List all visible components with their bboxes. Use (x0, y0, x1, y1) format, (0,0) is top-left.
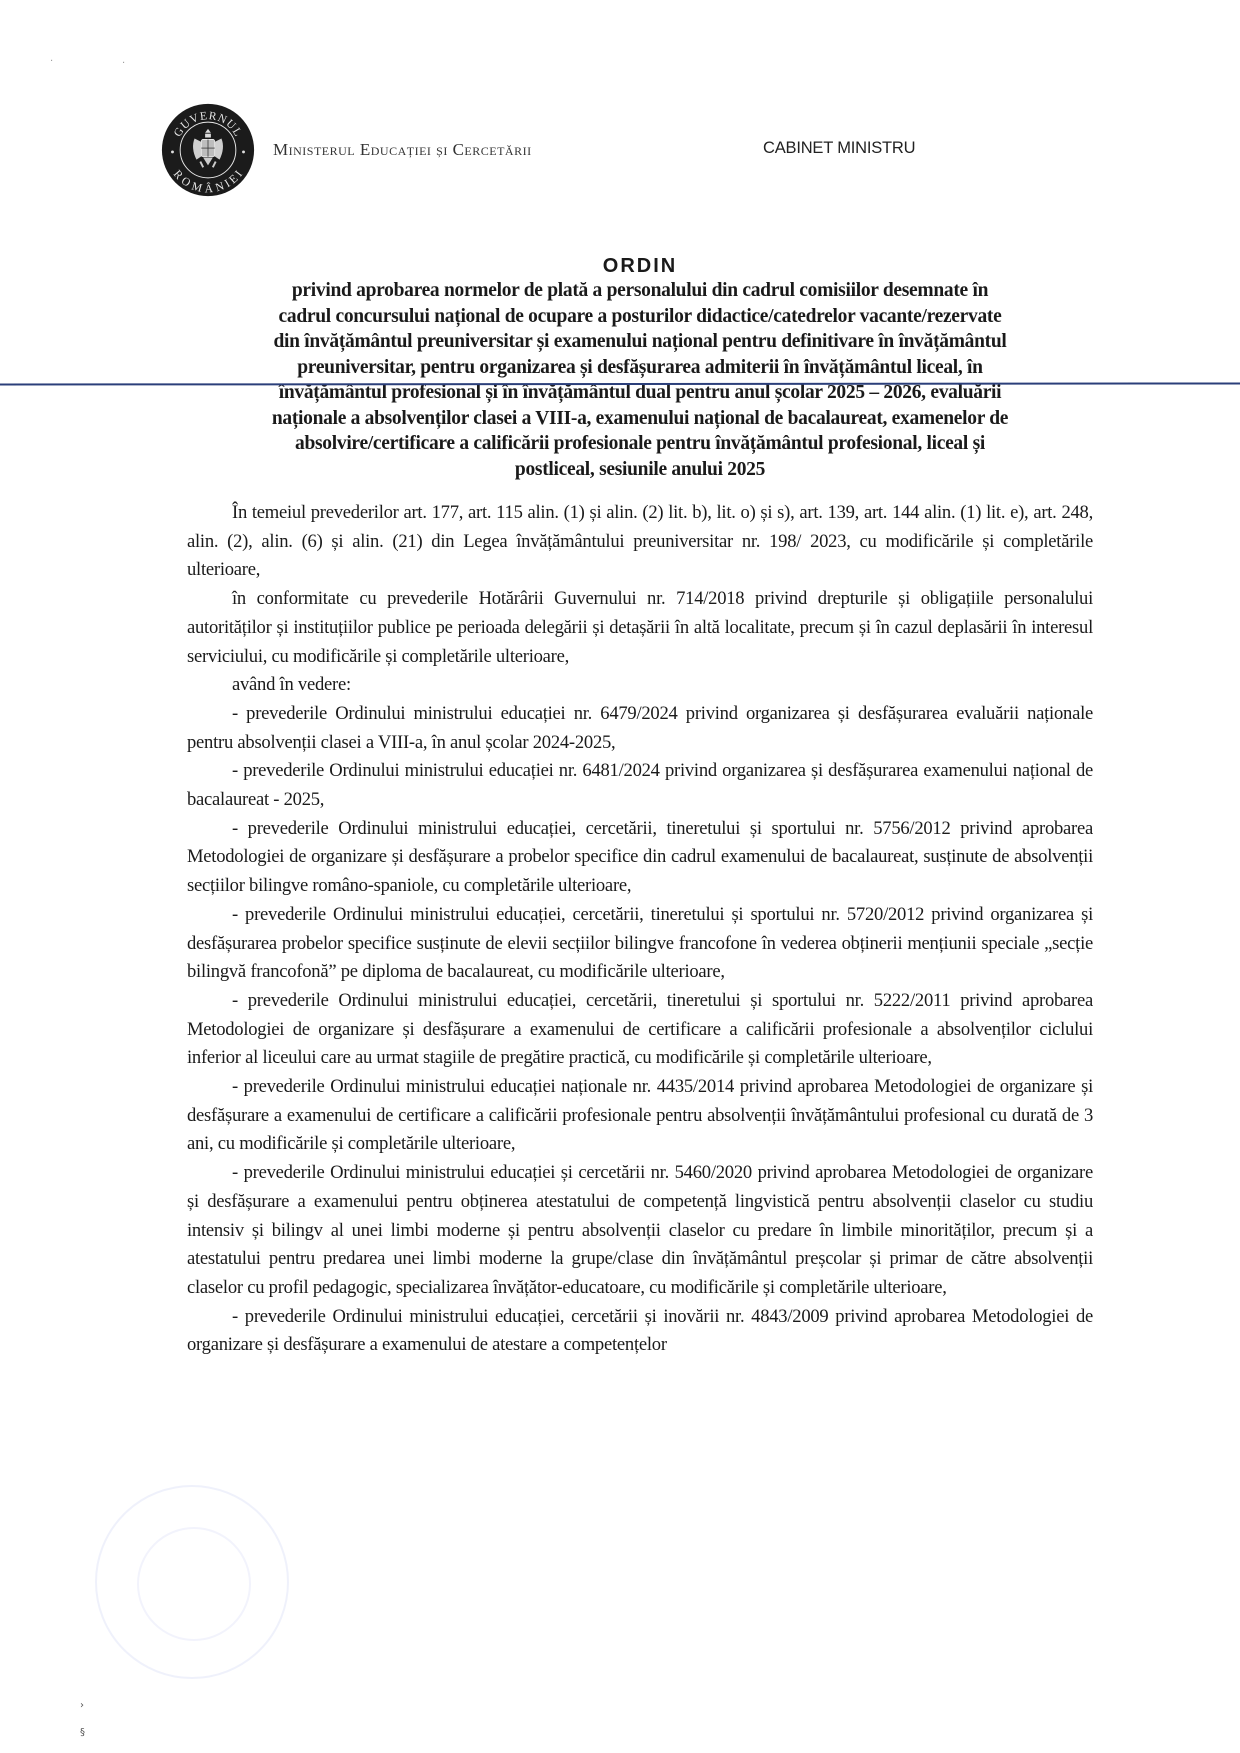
subtitle-line: din învățământul preuniversitar și exame… (180, 329, 1100, 355)
document-subtitle: privind aprobarea normelor de plată a pe… (180, 278, 1100, 482)
conformity-paragraph: în conformitate cu prevederile Hotărârii… (187, 585, 1093, 671)
government-seal-icon: GUVERNUL ROMÂNIEI (160, 102, 256, 198)
scan-speck: · (50, 56, 53, 67)
considering-heading: având în vedere: (187, 671, 1093, 700)
provision-item: - prevederile Ordinului ministrului educ… (187, 987, 1093, 1073)
provision-item: - prevederile Ordinului ministrului educ… (187, 1303, 1093, 1360)
provision-item: - prevederile Ordinului ministrului educ… (187, 815, 1093, 901)
document-body: În temeiul prevederilor art. 177, art. 1… (187, 499, 1093, 1360)
provision-item: - prevederile Ordinului ministrului educ… (187, 901, 1093, 987)
subtitle-line: absolvire/certificare a calificării prof… (180, 431, 1100, 457)
letterhead: GUVERNUL ROMÂNIEI Ministerul Educației ș… (160, 102, 1160, 202)
subtitle-line: preuniversitar, pentru organizarea și de… (180, 355, 1100, 381)
subtitle-line: postliceal, sesiunile anului 2025 (180, 457, 1100, 483)
subtitle-line: cadrul concursului național de ocupare a… (180, 304, 1100, 330)
scan-speck: · (122, 58, 125, 69)
subtitle-line: naționale a absolvenților clasei a VIII-… (180, 406, 1100, 432)
document-type: ORDIN (180, 254, 1100, 278)
provision-item: - prevederile Ordinului ministrului educ… (187, 1159, 1093, 1303)
provision-item: - prevederile Ordinului ministrului educ… (187, 1073, 1093, 1159)
scan-speck: › (80, 1700, 84, 1711)
ministry-name: Ministerul Educației și Cercetării (273, 140, 532, 160)
cabinet-label: CABINET MINISTRU (763, 139, 915, 158)
document-title-block: ORDIN privind aprobarea normelor de plat… (180, 254, 1100, 482)
faded-stamp-watermark (95, 1485, 289, 1679)
scan-speck: § (80, 1727, 85, 1738)
provision-item: - prevederile Ordinului ministrului educ… (187, 757, 1093, 814)
legal-basis-paragraph: În temeiul prevederilor art. 177, art. 1… (187, 499, 1093, 585)
provision-item: - prevederile Ordinului ministrului educ… (187, 700, 1093, 757)
subtitle-line: privind aprobarea normelor de plată a pe… (180, 278, 1100, 304)
